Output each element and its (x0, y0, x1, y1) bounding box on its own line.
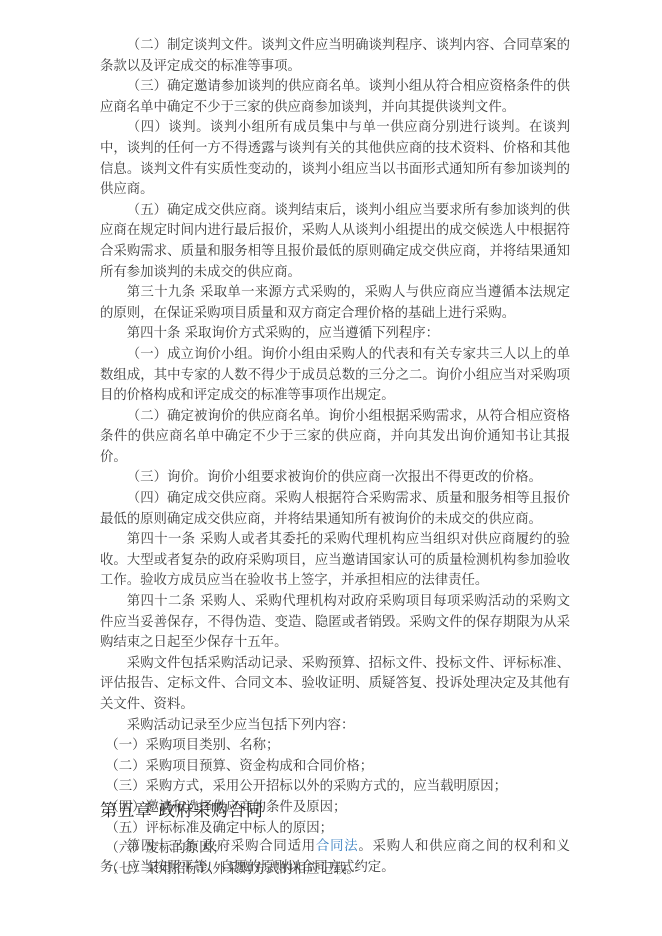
article-43: 第四十三条 政府采购合同适用合同法。采购人和供应商之间的权利和义务，应当按照平等… (100, 836, 570, 878)
paragraph-procurement-files: 采购文件包括采购活动记录、采购预算、招标文件、投标文件、评标标准、评估报告、定标… (100, 654, 570, 716)
list-item: （一）采购项目类别、名称； (100, 736, 570, 757)
paragraph-negotiation-docs: （二）制定谈判文件。谈判文件应当明确谈判程序、谈判内容、合同草案的条款以及评定成… (100, 36, 570, 77)
list-item: （二）采购项目预算、资金构成和合同价格； (100, 757, 570, 778)
paragraph-determine-supplier: （五）确定成交供应商。谈判结束后，谈判小组应当要求所有参加谈判的供应商在规定时间… (100, 201, 570, 283)
list-item: （三）采购方式，采用公开招标以外的采购方式的，应当载明原因； (100, 777, 570, 798)
chapter-heading: 第五章 政府采购合同 (100, 796, 263, 821)
paragraph-invite-suppliers: （三）确定邀请参加谈判的供应商名单。谈判小组从符合相应资格条件的供应商名单中确定… (100, 77, 570, 118)
document-body: （二）制定谈判文件。谈判文件应当明确谈判程序、谈判内容、合同草案的条款以及评定成… (100, 36, 570, 880)
article-43-text-before: 第四十三条 政府采购合同适用 (127, 839, 316, 854)
article-42: 第四十二条 采购人、采购代理机构对政府采购项目每项采购活动的采购文件应当妥善保存… (100, 592, 570, 654)
contract-law-link[interactable]: 合同法 (316, 839, 358, 854)
paragraph-inquiry-determine: （四）确定成交供应商。采购人根据符合采购需求、质量和服务相等且报价最低的原则确定… (100, 489, 570, 530)
paragraph-negotiation: （四）谈判。谈判小组所有成员集中与单一供应商分别进行谈判。在谈判中，谈判的任何一… (100, 118, 570, 200)
paragraph-inquiry-list: （二）确定被询价的供应商名单。询价小组根据采购需求，从符合相应资格条件的供应商名… (100, 407, 570, 469)
article-41: 第四十一条 采购人或者其委托的采购代理机构应当组织对供应商履约的验收。大型或者复… (100, 530, 570, 592)
article-39: 第三十九条 采取单一来源方式采购的，采购人与供应商应当遵循本法规定的原则，在保证… (100, 283, 570, 324)
paragraph-inquiry: （三）询价。询价小组要求被询价的供应商一次报出不得更改的价格。 (100, 468, 570, 489)
paragraph-inquiry-group: （一）成立询价小组。询价小组由采购人的代表和有关专家共三人以上的单数组成，其中专… (100, 345, 570, 407)
article-40: 第四十条 采取询价方式采购的，应当遵循下列程序： (100, 324, 570, 345)
paragraph-records-intro: 采购活动记录至少应当包括下列内容： (100, 716, 570, 737)
